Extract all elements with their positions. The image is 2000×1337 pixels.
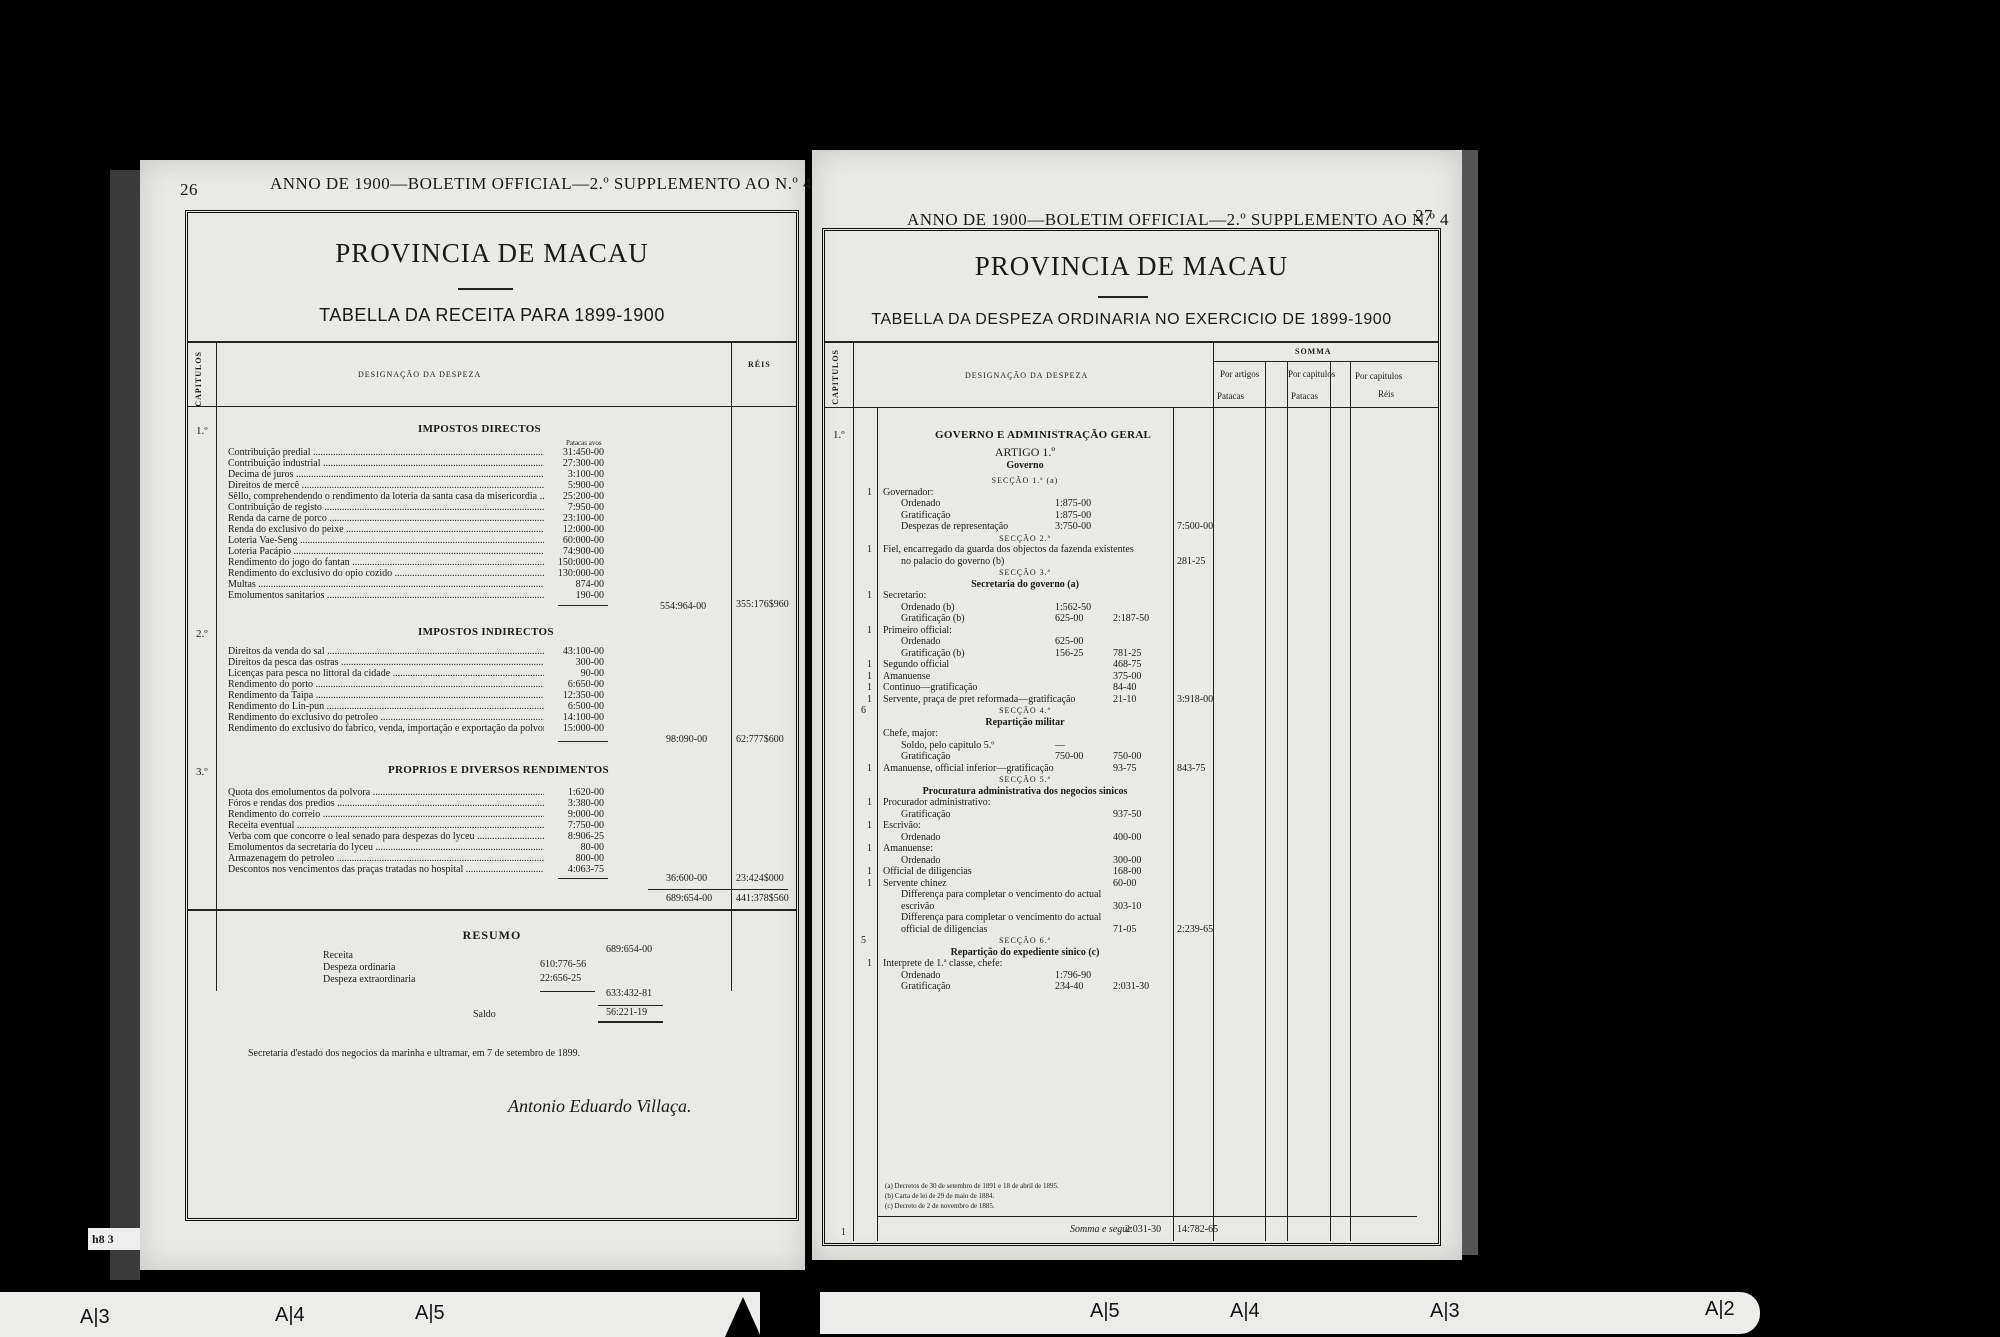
line-label: Differença para completar o vencimento d…: [901, 889, 1101, 901]
carry-qty: 1: [841, 1227, 846, 1238]
table-row: Differença para completar o vencimento d…: [825, 912, 1438, 924]
line-label: Secretaria do governo (a): [877, 579, 1173, 591]
ruler-mark: A|5: [1090, 1300, 1120, 1323]
designacao-header: DESIGNAÇÃO DA DESPEZA: [358, 370, 481, 379]
ruler-mark: A|5: [415, 1302, 445, 1325]
section-total: 3:918-00: [1177, 694, 1213, 706]
grand-total-reis: 441:378$560: [736, 893, 789, 904]
line-amount: 375-00: [1113, 671, 1141, 683]
quantity: 5: [861, 935, 866, 947]
unit-label: Patacas avos: [566, 439, 602, 447]
line-amount: 750-00: [1113, 751, 1141, 763]
ruler-mark: A|3: [80, 1306, 110, 1329]
quantity: 1: [867, 694, 872, 706]
line-amount: 84-40: [1113, 682, 1136, 694]
page-title: PROVINCIA DE MACAU: [188, 238, 796, 269]
patacas-header: Patacas: [1217, 391, 1244, 401]
table-row: Differença para completar o vencimento d…: [825, 889, 1438, 901]
resumo-rule: [598, 1021, 663, 1023]
por-capitulos-reis-header: Por capitulos: [1355, 371, 1402, 381]
line-amount: 168-00: [1113, 866, 1141, 878]
carry-rule: [877, 1216, 1417, 1217]
line-amount: 750-00: [1055, 751, 1083, 763]
left-page: 26 ANNO DE 1900—BOLETIM OFFICIAL—2.º SUP…: [140, 160, 805, 1270]
line-label: Despezas de representação: [901, 521, 1008, 533]
line-amount: 93-75: [1113, 763, 1136, 775]
reis-divider: [731, 341, 732, 991]
table-row: official de diligencias71-052:239-65: [825, 924, 1438, 936]
line-label: Secretario:: [883, 590, 926, 602]
table-row: Ordenado400-00: [825, 832, 1438, 844]
capitulos-divider: [216, 341, 217, 991]
table-row: Rendimento do exclusivo do opio cozido13…: [228, 568, 604, 579]
line-label: Amanuense, official inferior—gratificaçã…: [883, 763, 1054, 775]
chapter-total-patacas: 98:090-00: [666, 734, 707, 745]
section-title: Repartição do expediente sinico (c): [825, 947, 1438, 959]
scale-ruler-left: A|3 A|4 A|5: [0, 1292, 760, 1337]
table-row: Sêllo, comprehendendo o rendimento da lo…: [228, 491, 604, 502]
section-heading: 5SECÇÃO 6.ª: [825, 935, 1438, 947]
line-label: Amanuense: [883, 671, 930, 683]
line-label: Amanuense:: [883, 843, 933, 855]
signature: Antonio Eduardo Villaça.: [508, 1096, 691, 1117]
book-cover-edge: [110, 170, 140, 1280]
table-row: 1Servente chinez60-00: [825, 878, 1438, 890]
line-amount: 71-05: [1113, 924, 1136, 936]
quantity: 1: [867, 763, 872, 775]
table-row: Descontos nos vencimentos das praças tra…: [228, 864, 604, 875]
artigo-label: ARTIGO 1.º: [877, 445, 1173, 460]
header-bottom-rule: [825, 407, 1438, 408]
table-row: Ordenado (b)1:562-50: [825, 602, 1438, 614]
table-row: Chefe, major:: [825, 728, 1438, 740]
reis-header: Réis: [1378, 389, 1394, 399]
line-label: Repartição do expediente sinico (c): [877, 947, 1173, 959]
quantity: 1: [867, 797, 872, 809]
resumo-rule: [540, 991, 595, 992]
line-label: Gratificação (b): [901, 613, 965, 625]
line-label: Gratificação: [901, 751, 950, 763]
line-label: Gratificação (b): [901, 648, 965, 660]
line-label: Fiel, encarregado da guarda dos objectos…: [883, 544, 1134, 556]
archive-tag: h8 3: [88, 1228, 140, 1250]
table-frame: PROVINCIA DE MACAU TABELLA DA DESPEZA OR…: [822, 228, 1441, 1246]
line-amount: —: [1055, 740, 1065, 752]
carry-total: 14:782-65: [1177, 1224, 1218, 1235]
resumo-desp-ext: 22:656-25: [540, 973, 581, 984]
line-label: Ordenado: [901, 970, 940, 982]
table-row: Fóros e rendas dos predios3:380-00: [228, 798, 604, 809]
resumo-saldo: 56:221-19: [606, 1007, 647, 1018]
running-header: ANNO DE 1900—BOLETIM OFFICIAL—2.º SUPPLE…: [270, 174, 812, 194]
line-amount: 400-00: [1113, 832, 1141, 844]
quantity: 1: [867, 625, 872, 637]
ruler-mark: A|3: [1430, 1300, 1460, 1323]
table-row: Quota dos emolumentos da polvora1:620-00: [228, 787, 604, 798]
right-page: ANNO DE 1900—BOLETIM OFFICIAL—2.º SUPPLE…: [812, 150, 1462, 1260]
table-row: Direitos da pesca das ostras300-00: [228, 657, 604, 668]
resumo-desp-total: 633:432-81: [606, 988, 652, 999]
line-label: SECÇÃO 6.ª: [877, 935, 1173, 947]
resumo-saldo-label: Saldo: [473, 1009, 496, 1020]
quantity: 1: [867, 878, 872, 890]
line-label: Servente chinez: [883, 878, 947, 890]
line-amount: 1:562-50: [1055, 602, 1091, 614]
section-heading: SECÇÃO 3.ª: [825, 567, 1438, 579]
line-label: Gratificação: [901, 510, 950, 522]
table-row: Direitos da venda do sal43:100-00: [228, 646, 604, 657]
line-label: Governador:: [883, 487, 934, 499]
resumo-desp-ord-label: Despeza ordinaria: [323, 962, 395, 973]
title-rule: [1098, 296, 1148, 298]
table-row: Loteria Vae-Seng60:000-00: [228, 535, 604, 546]
table-row: escrivão303-10: [825, 901, 1438, 913]
chapter-total-patacas: 554:964-00: [660, 601, 706, 612]
quantity: 1: [867, 659, 872, 671]
page-title: PROVINCIA DE MACAU: [825, 251, 1438, 282]
chapter-number: 3.º: [196, 766, 208, 778]
table-row: Rendimento da Taipa12:350-00: [228, 690, 604, 701]
subtotal-rule: [558, 878, 608, 879]
line-amount: 937-50: [1113, 809, 1141, 821]
line-label: Procuratura administrativa dos negocios …: [877, 786, 1173, 798]
resumo-desp-ext-label: Despeza extraordinaria: [323, 974, 415, 985]
somma-rule: [1213, 361, 1438, 362]
chapter-heading: IMPOSTOS DIRECTOS: [418, 423, 541, 435]
quantity: 1: [867, 544, 872, 556]
section-total: 2:239-65: [1177, 924, 1213, 936]
resumo-desp-ord: 610:776-56: [540, 959, 586, 970]
table-row: Ordenado1:796-90: [825, 970, 1438, 982]
running-header: ANNO DE 1900—BOLETIM OFFICIAL—2.º SUPPLE…: [907, 210, 1449, 230]
section-total: 7:500-00: [1177, 521, 1213, 533]
chapter-total-reis: 23:424$000: [736, 873, 784, 884]
section-total: 281-25: [1177, 556, 1205, 568]
line-label: Ordenado: [901, 855, 940, 867]
center-arrow-icon: [725, 1297, 761, 1337]
section-heading: 6SECÇÃO 4.ª: [825, 705, 1438, 717]
table-row: Licenças para pesca no littoral da cidad…: [228, 668, 604, 679]
line-amount: 1:875-00: [1055, 498, 1091, 510]
table-row: 1Segundo official468-75: [825, 659, 1438, 671]
line-label: Repartição militar: [877, 717, 1173, 729]
capitulos-header: CAPITULOS: [194, 351, 203, 401]
chapter-heading: IMPOSTOS INDIRECTOS: [418, 626, 554, 638]
table-row: Rendimento do exclusivo do fabrico, vend…: [228, 723, 604, 734]
section-title: Secretaria do governo (a): [825, 579, 1438, 591]
line-label: SECÇÃO 4.ª: [877, 705, 1173, 717]
table-row: Contribuição predial31:450-00: [228, 447, 604, 458]
line-amount: 300-00: [1113, 855, 1141, 867]
resumo-receita: 689:654-00: [606, 944, 652, 955]
carry-mid: 2:031-30: [1125, 1224, 1161, 1235]
chapter-number: 1.º: [196, 425, 208, 437]
line-amount: 1:796-90: [1055, 970, 1091, 982]
table-row: Armazenagem do petroleo800-00: [228, 853, 604, 864]
table-row: 1Continuo—gratificação84-40: [825, 682, 1438, 694]
chapter-1-items: Contribuição predial31:450-00 Contribuiç…: [228, 447, 604, 601]
quantity: 1: [867, 820, 872, 832]
table-row: 1Servente, praça de pret reformada—grati…: [825, 694, 1438, 706]
line-label: Chefe, major:: [883, 728, 938, 740]
table-row: 1Official de diligencias168-00: [825, 866, 1438, 878]
line-amount: 468-75: [1113, 659, 1141, 671]
table-row: 1Fiel, encarregado da guarda dos objecto…: [825, 544, 1438, 556]
resumo-rule: [598, 1005, 663, 1006]
table-row: Emolumentos sanitarios190-00: [228, 590, 604, 601]
line-label: SECÇÃO 1.ª (a): [877, 475, 1173, 487]
table-bottom-rule: [188, 909, 796, 911]
table-row: Rendimento do porto6:650-00: [228, 679, 604, 690]
line-label: escrivão: [901, 901, 934, 913]
subtotal-rule: [558, 741, 608, 742]
header-bottom-rule: [188, 406, 796, 407]
table-row: 1Amanuense, official inferior—gratificaç…: [825, 763, 1438, 775]
line-label: Gratificação: [901, 981, 950, 993]
table-row: Verba com que concorre o leal senado par…: [228, 831, 604, 842]
ruler-mark: A|4: [1230, 1300, 1260, 1323]
line-amount: 2:031-30: [1113, 981, 1149, 993]
line-amount: 156-25: [1055, 648, 1083, 660]
line-label: SECÇÃO 2.ª: [877, 533, 1173, 545]
capitulos-header: CAPITULOS: [831, 349, 840, 404]
book-right-edge: [1462, 150, 1478, 1255]
line-label: Interprete de 1.ª classe, chefe:: [883, 958, 1002, 970]
line-label: SECÇÃO 5.ª: [877, 774, 1173, 786]
line-label: Official de diligencias: [883, 866, 972, 878]
designacao-header: DESIGNAÇÃO DA DESPEZA: [965, 371, 1088, 380]
footnote: (c) Decreto de 2 de novembro de 1885.: [885, 1202, 995, 1210]
artigo-name: Governo: [877, 460, 1173, 471]
table-row: 1Secretario:: [825, 590, 1438, 602]
quantity: 1: [867, 590, 872, 602]
table-row: 1Interprete de 1.ª classe, chefe:: [825, 958, 1438, 970]
table-row: Rendimento do jogo do fantan150:000-00: [228, 557, 604, 568]
line-label: Ordenado (b): [901, 602, 955, 614]
chapter-total-patacas: 36:600-00: [666, 873, 707, 884]
table-row: Ordenado625-00: [825, 636, 1438, 648]
table-row: Gratificação1:875-00: [825, 510, 1438, 522]
quantity: 1: [867, 671, 872, 683]
scale-ruler-right: A|5 A|4 A|3 A|2: [820, 1292, 1760, 1334]
ruler-mark: A|4: [275, 1304, 305, 1327]
table-row: Despezas de representação3:750-007:500-0…: [825, 521, 1438, 533]
line-label: Continuo—gratificação: [883, 682, 977, 694]
line-label: Servente, praça de pret reformada—gratif…: [883, 694, 1075, 706]
footer-note: Secretaria d'estado dos negocios da mari…: [248, 1048, 580, 1059]
table-row: no palacio do governo (b)281-25: [825, 556, 1438, 568]
table-row: Contribuição industrial27:300-00: [228, 458, 604, 469]
table-row: 1Procurador administrativo:: [825, 797, 1438, 809]
chapter-2-items: Direitos da venda do sal43:100-00 Direit…: [228, 646, 604, 734]
quantity: 1: [867, 958, 872, 970]
quantity: 1: [867, 843, 872, 855]
line-label: Primeiro official:: [883, 625, 952, 637]
quantity: 6: [861, 705, 866, 717]
table-row: 1Primeiro official:: [825, 625, 1438, 637]
table-row: Gratificação (b)625-002:187-50: [825, 613, 1438, 625]
line-label: Ordenado: [901, 832, 940, 844]
line-amount: 3:750-00: [1055, 521, 1091, 533]
table-row: Gratificação750-00750-00: [825, 751, 1438, 763]
resumo-receita-label: Receita: [323, 950, 353, 961]
table-row: 1Escrivão:: [825, 820, 1438, 832]
section-heading: SECÇÃO 2.ª: [825, 533, 1438, 545]
table-row: Gratificação (b)156-25781-25: [825, 648, 1438, 660]
table-row: Gratificação937-50: [825, 809, 1438, 821]
carry-label: Somma e segue: [1070, 1224, 1132, 1235]
table-row: Rendimento do Lin-pun6:500-00: [228, 701, 604, 712]
line-label: Ordenado: [901, 498, 940, 510]
reis-header: RÉIS: [748, 360, 771, 369]
line-amount: 234-40: [1055, 981, 1083, 993]
somma-header: SOMMA: [1295, 347, 1332, 356]
page-subtitle: TABELLA DA DESPEZA ORDINARIA NO EXERCICI…: [825, 311, 1438, 329]
line-amount: 781-25: [1113, 648, 1141, 660]
line-label: Ordenado: [901, 636, 940, 648]
chapter-number: 2.º: [196, 628, 208, 640]
chapter-heading: GOVERNO E ADMINISTRAÇÃO GERAL: [935, 429, 1151, 441]
grand-total-patacas: 689:654-00: [666, 893, 712, 904]
table-row: Soldo, pelo capitulo 5.º—: [825, 740, 1438, 752]
table-row: Emolumentos da secretaria do lyceu80-00: [228, 842, 604, 853]
line-label: Gratificação: [901, 809, 950, 821]
table-row: Receita eventual7:750-00: [228, 820, 604, 831]
line-label: Escrivão:: [883, 820, 921, 832]
line-amount: 60-00: [1113, 878, 1136, 890]
chapter-number: 1.º: [833, 429, 845, 441]
section-heading: SECÇÃO 1.ª (a): [825, 475, 1438, 487]
quantity: 1: [867, 487, 872, 499]
ruler-mark: A|2: [1705, 1298, 1735, 1321]
table-row: Contribuição de registo7:950-00: [228, 502, 604, 513]
title-rule: [458, 288, 513, 290]
section-heading: SECÇÃO 5.ª: [825, 774, 1438, 786]
quantity: 1: [867, 866, 872, 878]
table-row: Renda do exclusivo do peixe12:000-00: [228, 524, 604, 535]
resumo-heading: RESUMO: [188, 928, 796, 943]
header-top-rule: [825, 341, 1438, 343]
line-label: Differença para completar o vencimento d…: [901, 912, 1101, 924]
table-row: Gratificação234-402:031-30: [825, 981, 1438, 993]
expense-lines: SECÇÃO 1.ª (a)1Governador:Ordenado1:875-…: [825, 475, 1438, 993]
quantity: 1: [867, 682, 872, 694]
table-row: Ordenado1:875-00: [825, 498, 1438, 510]
table-row: 1Amanuense:: [825, 843, 1438, 855]
por-capitulos-header: Por capitulos: [1288, 369, 1335, 379]
line-amount: 625-00: [1055, 636, 1083, 648]
table-row: Direitos de mercê5:900-00: [228, 480, 604, 491]
table-row: Decima de juros3:100-00: [228, 469, 604, 480]
line-label: no palacio do governo (b): [901, 556, 1004, 568]
line-label: Soldo, pelo capitulo 5.º: [901, 740, 994, 752]
grand-total-rule: [648, 889, 788, 890]
table-row: Rendimento do exclusivo do petroleo14:10…: [228, 712, 604, 723]
table-row: Rendimento do correio9:000-00: [228, 809, 604, 820]
table-row: 1Governador:: [825, 487, 1438, 499]
patacas-header: Patacas: [1291, 391, 1318, 401]
table-row: 1Amanuense375-00: [825, 671, 1438, 683]
line-amount: 1:875-00: [1055, 510, 1091, 522]
line-amount: 21-10: [1113, 694, 1136, 706]
line-amount: 2:187-50: [1113, 613, 1149, 625]
section-title: Procuratura administrativa dos negocios …: [825, 786, 1438, 798]
line-label: Segundo official: [883, 659, 949, 671]
line-label: official de diligencias: [901, 924, 987, 936]
center-arrow-icon: [770, 1297, 806, 1337]
line-label: SECÇÃO 3.ª: [877, 567, 1173, 579]
table-frame: PROVINCIA DE MACAU TABELLA DA RECEITA PA…: [185, 210, 799, 1221]
page-number: 26: [180, 180, 198, 200]
line-amount: 625-00: [1055, 613, 1083, 625]
chapter-3-items: Quota dos emolumentos da polvora1:620-00…: [228, 787, 604, 875]
page-number: 27: [1415, 206, 1433, 226]
chapter-heading: PROPRIOS E DIVERSOS RENDIMENTOS: [388, 764, 609, 776]
line-amount: 303-10: [1113, 901, 1141, 913]
subtotal-rule: [558, 605, 608, 606]
section-title: Repartição militar: [825, 717, 1438, 729]
page-subtitle: TABELLA DA RECEITA PARA 1899-1900: [188, 305, 796, 326]
footnote: (b) Carta de lei de 29 de maio de 1884.: [885, 1192, 994, 1200]
table-row: Multas874-00: [228, 579, 604, 590]
por-artigos-header: Por artigos: [1220, 369, 1259, 379]
table-row: Renda da carne de porco23:100-00: [228, 513, 604, 524]
table-row: Loteria Pacápio74:900-00: [228, 546, 604, 557]
chapter-total-reis: 62:777$600: [736, 734, 784, 745]
section-total: 843-75: [1177, 763, 1205, 775]
chapter-total-reis: 355:176$960: [736, 599, 789, 610]
line-label: Procurador administrativo:: [883, 797, 990, 809]
header-top-rule: [188, 341, 796, 343]
footnote: (a) Decretos de 30 de setembro de 1891 e…: [885, 1182, 1059, 1190]
table-row: Ordenado300-00: [825, 855, 1438, 867]
